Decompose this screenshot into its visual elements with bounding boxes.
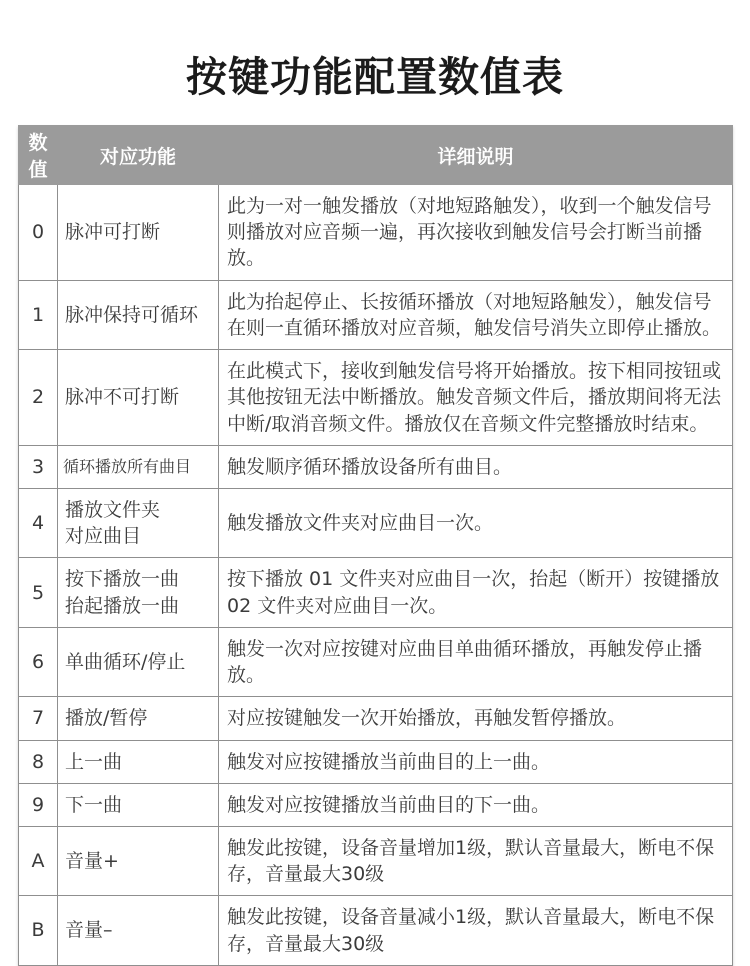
function-cell: 脉冲不可打断 <box>58 350 219 446</box>
value-cell: A <box>19 826 58 895</box>
table-row: 5 按下播放一曲 抬起播放一曲 按下播放 01 文件夹对应曲目一次，抬起（断开）… <box>19 558 733 627</box>
function-cell: 音量+ <box>58 826 219 895</box>
value-cell: 1 <box>19 280 58 349</box>
value-cell: 7 <box>19 697 58 740</box>
function-cell: 播放文件夹 对应曲目 <box>58 488 219 557</box>
function-cell: 按下播放一曲 抬起播放一曲 <box>58 558 219 627</box>
description-cell: 按下播放 01 文件夹对应曲目一次，抬起（断开）按键播放 02 文件夹对应曲目一… <box>219 558 733 627</box>
function-cell: 上一曲 <box>58 740 219 783</box>
table-row: 8 上一曲 触发对应按键播放当前曲目的上一曲。 <box>19 740 733 783</box>
table-row: A 音量+ 触发此按键，设备音量增加1级，默认音量最大，断电不保存，音量最大30… <box>19 826 733 895</box>
function-cell: 脉冲可打断 <box>58 185 219 281</box>
description-cell: 此为一对一触发播放（对地短路触发），收到一个触发信号则播放对应音频一遍，再次接收… <box>219 185 733 281</box>
description-cell: 对应按键触发一次开始播放，再触发暂停播放。 <box>219 697 733 740</box>
function-cell: 播放/暂停 <box>58 697 219 740</box>
description-cell: 此为抬起停止、长按循环播放（对地短路触发），触发信号在则一直循环播放对应音频，触… <box>219 280 733 349</box>
function-cell: 循环播放所有曲目 <box>58 445 219 488</box>
page-title: 按键功能配置数值表 <box>0 0 750 125</box>
table-row: 7 播放/暂停 对应按键触发一次开始播放，再触发暂停播放。 <box>19 697 733 740</box>
description-cell: 触发播放文件夹对应曲目一次。 <box>219 488 733 557</box>
value-cell: B <box>19 896 58 965</box>
description-cell: 触发一次对应按键对应曲目单曲循环播放，再触发停止播放。 <box>219 627 733 696</box>
value-cell: 5 <box>19 558 58 627</box>
value-cell: 3 <box>19 445 58 488</box>
function-cell: 单曲循环/停止 <box>58 627 219 696</box>
value-cell: 9 <box>19 783 58 826</box>
column-header-value: 数值 <box>19 126 58 185</box>
function-cell: 下一曲 <box>58 783 219 826</box>
table-row: 3 循环播放所有曲目 触发顺序循环播放设备所有曲目。 <box>19 445 733 488</box>
value-cell: 4 <box>19 488 58 557</box>
function-cell: 音量– <box>58 896 219 965</box>
column-header-function: 对应功能 <box>58 126 219 185</box>
table-row: B 音量– 触发此按键，设备音量减小1级，默认音量最大，断电不保存，音量最大30… <box>19 896 733 965</box>
value-cell: 0 <box>19 185 58 281</box>
description-cell: 触发对应按键播放当前曲目的上一曲。 <box>219 740 733 783</box>
description-cell: 触发对应按键播放当前曲目的下一曲。 <box>219 783 733 826</box>
value-cell: 8 <box>19 740 58 783</box>
table-row: 6 单曲循环/停止 触发一次对应按键对应曲目单曲循环播放，再触发停止播放。 <box>19 627 733 696</box>
description-cell: 触发顺序循环播放设备所有曲目。 <box>219 445 733 488</box>
function-cell: 脉冲保持可循环 <box>58 280 219 349</box>
description-cell: 触发此按键，设备音量增加1级，默认音量最大，断电不保存，音量最大30级 <box>219 826 733 895</box>
key-function-config-table: 数值 对应功能 详细说明 0 脉冲可打断 此为一对一触发播放（对地短路触发），收… <box>18 125 733 966</box>
table-row: 1 脉冲保持可循环 此为抬起停止、长按循环播放（对地短路触发），触发信号在则一直… <box>19 280 733 349</box>
page: { "page": { "title": "按键功能配置数值表", "backg… <box>0 0 750 966</box>
value-cell: 2 <box>19 350 58 446</box>
description-cell: 在此模式下，接收到触发信号将开始播放。按下相同按钮或其他按钮无法中断播放。触发音… <box>219 350 733 446</box>
table-row: 0 脉冲可打断 此为一对一触发播放（对地短路触发），收到一个触发信号则播放对应音… <box>19 185 733 281</box>
value-cell: 6 <box>19 627 58 696</box>
table-row: 4 播放文件夹 对应曲目 触发播放文件夹对应曲目一次。 <box>19 488 733 557</box>
table-row: 9 下一曲 触发对应按键播放当前曲目的下一曲。 <box>19 783 733 826</box>
table-header-row: 数值 对应功能 详细说明 <box>19 126 733 185</box>
column-header-description: 详细说明 <box>219 126 733 185</box>
description-cell: 触发此按键，设备音量减小1级，默认音量最大，断电不保存，音量最大30级 <box>219 896 733 965</box>
table-row: 2 脉冲不可打断 在此模式下，接收到触发信号将开始播放。按下相同按钮或其他按钮无… <box>19 350 733 446</box>
